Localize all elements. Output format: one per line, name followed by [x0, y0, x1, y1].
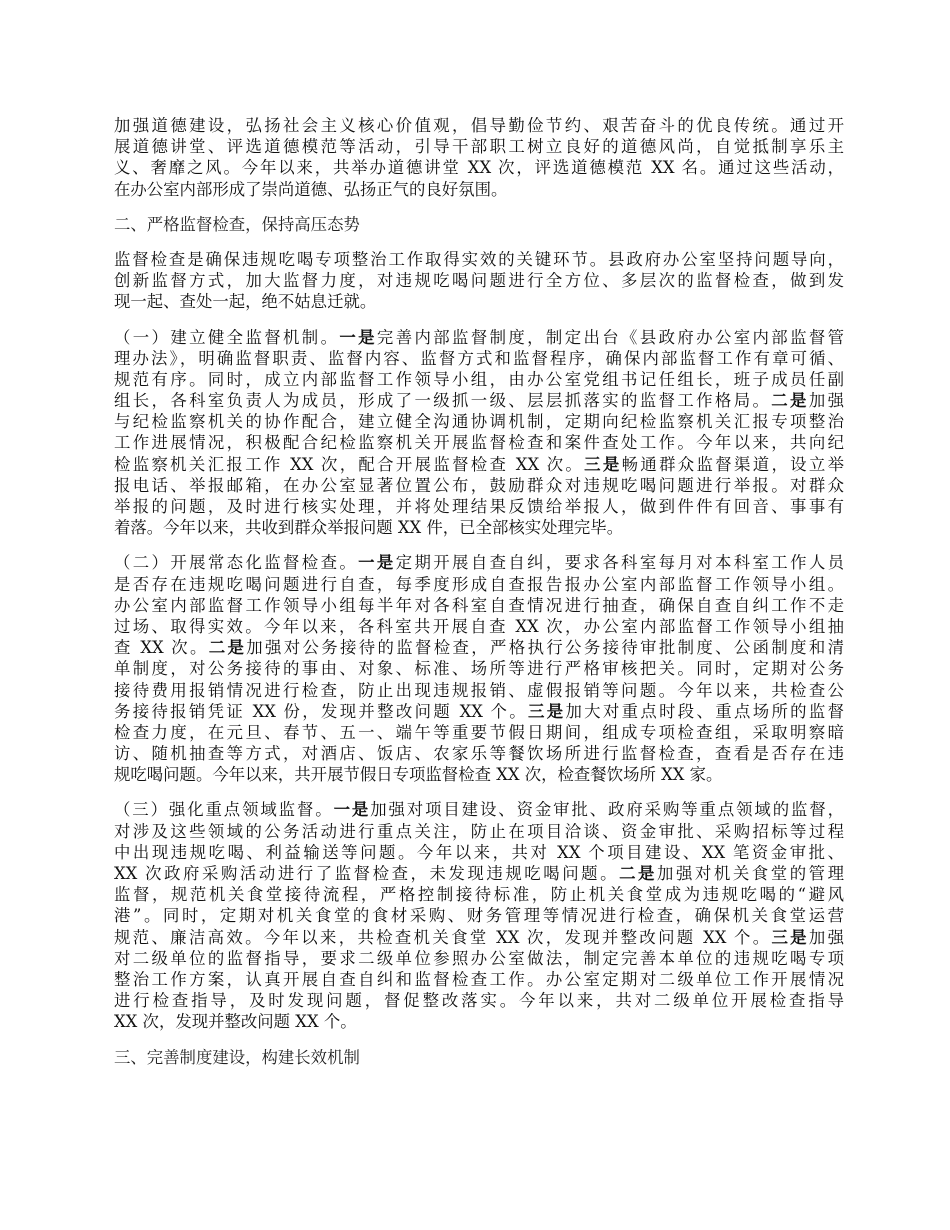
text-line: 规范有序。同时，成立内部监督工作领导小组，由办公室党组书记任组长，班子成员任副: [114, 369, 844, 390]
text-run: 三、完善制度建设，构建长效机制: [114, 1048, 360, 1067]
text-line: 对涉及这些领域的公务活动进行重点关注，防止在项目洽谈、资金审批、采购招标等过程: [114, 821, 844, 842]
body-paragraph: 监督检查是确保违规吃喝专项整治工作取得实效的关键环节。县政府办公室坚持问题导向，…: [114, 249, 844, 313]
text-run: （二）开展常态化监督检查。: [114, 553, 358, 572]
text-run: 现一起、查处一起，绝不姑息迁就。: [114, 292, 376, 311]
text-run: 组长，各科室负责人为成员，形成了一级抓一级、层层抓落实的监督工作格局。: [114, 391, 771, 410]
text-line: 着落。今年以来，共收到群众举报问题 XX 件，已全部核实处理完毕。: [114, 517, 844, 538]
text-run: 整治工作方案，认真开展自查自纠和监督检查工作。办公室定期对二级单位工作开展情况: [114, 970, 844, 989]
text-run: 规范有序。同时，成立内部监督工作领导小组，由办公室党组书记任组长，班子成员任副: [114, 370, 844, 389]
text-run: 加强: [809, 928, 844, 947]
body-paragraph: （一）建立健全监督机制。一是完善内部监督制度，制定出台《县政府办公室内部监督管理…: [114, 327, 844, 539]
text-run: 工作进展情况，积极配合纪检监察机关开展监督检查和案件查处工作。今年以来，共向纪: [114, 433, 844, 452]
text-run: 访、随机抽查等方式，对酒店、饭店、农家乐等餐饮场所进行监督检查，查看是否存在违: [114, 744, 844, 763]
text-run: 加大对重点时段、重点场所的监督: [565, 702, 844, 721]
document-page: 加强道德建设，弘扬社会主义核心价值观，倡导勤俭节约、艰苦奋斗的优良传统。通过开展…: [114, 115, 844, 1082]
text-line: 创新监督方式，加大监督力度，对违规吃喝问题进行全方位、多层次的监督检查，做到发: [114, 270, 844, 291]
text-line: 单制度，对公务接待的事由、对象、标准、场所等进行严格审核把关。同时，定期对公务: [114, 658, 844, 679]
text-line: （一）建立健全监督机制。一是完善内部监督制度，制定出台《县政府办公室内部监督管: [114, 327, 844, 348]
text-run: 与纪检监察机关的协作配合，建立健全沟通协调机制，定期向纪检监察机关汇报专项整治: [114, 412, 844, 431]
text-run: 创新监督方式，加大监督力度，对违规吃喝问题进行全方位、多层次的监督检查，做到发: [114, 271, 844, 290]
text-run: 办公室内部监督工作领导小组每半年对各科室自查情况进行抽查，确保自查自纠工作不走: [114, 596, 844, 615]
text-run: 着落。今年以来，共收到群众举报问题 XX 件，已全部核实处理完毕。: [114, 518, 623, 537]
text-line: 务接待报销凭证 XX 份，发现并整改问题 XX 个。三是加大对重点时段、重点场所…: [114, 701, 844, 722]
text-line: 在办公室内部形成了崇尚道德、弘扬正气的良好氛围。: [114, 179, 844, 200]
body-paragraph: （二）开展常态化监督检查。一是定期开展自查自纠，要求各科室每月对本科室工作人员是…: [114, 552, 844, 785]
text-run: 加强: [809, 391, 844, 410]
text-run: 查 XX 次。: [114, 638, 209, 657]
text-run: XX 次政府采购活动进行了监督检查，未发现违规吃喝问题。: [114, 864, 619, 883]
text-line: 进行检查指导，及时发现问题，督促整改落实。今年以来，共对二级单位开展检查指导: [114, 990, 844, 1011]
text-line: 报电话、举报邮箱，在办公室显著位置公布，鼓励群众对违规吃喝问题进行举报。对群众: [114, 475, 844, 496]
text-line: 港”。同时，定期对机关食堂的食材采购、财务管理等情况进行检查，确保机关食堂运营: [114, 905, 844, 926]
body-paragraph: 加强道德建设，弘扬社会主义核心价值观，倡导勤俭节约、艰苦奋斗的优良传统。通过开展…: [114, 115, 844, 200]
emphasis-marker: 一是: [339, 328, 377, 347]
text-line: 监督检查是确保违规吃喝专项整治工作取得实效的关键环节。县政府办公室坚持问题导向，: [114, 249, 844, 270]
text-run: 在办公室内部形成了崇尚道德、弘扬正气的良好氛围。: [114, 180, 507, 199]
text-line: 二、严格监督检查，保持高压态势: [114, 214, 844, 235]
text-line: 理办法》，明确监督职责、监督内容、监督方式和监督程序，确保内部监督工作有章可循、: [114, 348, 844, 369]
text-line: 检监察机关汇报工作 XX 次，配合开展监督检查 XX 次。三是畅通群众监督渠道，…: [114, 454, 844, 475]
text-line: 义、奢靡之风。今年以来，共举办道德讲堂 XX 次，评选道德模范 XX 名。通过这…: [114, 157, 844, 178]
text-line: 举报的问题，及时进行核实处理，并将处理结果反馈给举报人，做到件件有回音、事事有: [114, 496, 844, 517]
text-run: 加强对机关食堂的管理: [657, 864, 844, 883]
text-line: 监督，规范机关食堂接待流程，严格控制接待标准，防止机关食堂成为违规吃喝的“避风: [114, 884, 844, 905]
text-run: 加强对项目建设、资金审批、政府采购等重点领域的监督，: [370, 800, 844, 819]
text-line: 组长，各科室负责人为成员，形成了一级抓一级、层层抓落实的监督工作格局。二是加强: [114, 390, 844, 411]
text-line: XX 次政府采购活动进行了监督检查，未发现违规吃喝问题。二是加强对机关食堂的管理: [114, 863, 844, 884]
text-run: 规吃喝问题。今年以来，共开展节假日专项监督检查 XX 次，检查餐饮场所 XX 家…: [114, 765, 722, 784]
text-run: XX 次，发现并整改问题 XX 个。: [114, 1012, 357, 1031]
text-line: 三、完善制度建设，构建长效机制: [114, 1047, 844, 1068]
text-run: 展道德讲堂、评选道德模范等活动，引导干部职工树立良好的道德风尚，自觉抵制享乐主: [114, 137, 844, 156]
text-line: 中出现违规吃喝、利益输送等问题。今年以来，共对 XX 个项目建设、XX 笔资金审…: [114, 842, 844, 863]
text-line: 查 XX 次。二是加强对公务接待的监督检查，严格执行公务接待审批制度、公函制度和…: [114, 637, 844, 658]
body-paragraph: （三）强化重点领域监督。一是加强对项目建设、资金审批、政府采购等重点领域的监督，…: [114, 799, 844, 1032]
section-heading: 二、严格监督检查，保持高压态势: [114, 214, 844, 235]
text-run: 定期开展自查自纠，要求各科室每月对本科室工作人员: [396, 553, 844, 572]
text-run: 举报的问题，及时进行核实处理，并将处理结果反馈给举报人，做到件件有回音、事事有: [114, 497, 844, 516]
text-line: 与纪检监察机关的协作配合，建立健全沟通协调机制，定期向纪检监察机关汇报专项整治: [114, 411, 844, 432]
section-heading: 三、完善制度建设，构建长效机制: [114, 1047, 844, 1068]
text-line: 规范、廉洁高效。今年以来，共检查机关食堂 XX 次，发现并整改问题 XX 个。三…: [114, 927, 844, 948]
text-line: （三）强化重点领域监督。一是加强对项目建设、资金审批、政府采购等重点领域的监督，: [114, 799, 844, 820]
text-line: 加强道德建设，弘扬社会主义核心价值观，倡导勤俭节约、艰苦奋斗的优良传统。通过开: [114, 115, 844, 136]
text-run: 监督，规范机关食堂接待流程，严格控制接待标准，防止机关食堂成为违规吃喝的“避风: [114, 885, 844, 904]
emphasis-marker: 三是: [771, 928, 808, 947]
text-line: 接待费用报销情况进行检查，防止出现违规报销、虚假报销等问题。今年以来，共检查公: [114, 680, 844, 701]
emphasis-marker: 二是: [619, 864, 657, 883]
emphasis-marker: 三是: [528, 702, 565, 721]
text-run: 对涉及这些领域的公务活动进行重点关注，防止在项目洽谈、资金审批、采购招标等过程: [114, 822, 844, 841]
text-run: 完善内部监督制度，制定出台《县政府办公室内部监督管: [377, 328, 844, 347]
text-run: 加强对公务接待的监督检查，严格执行公务接待审批制度、公函制度和清: [246, 638, 844, 657]
text-run: （三）强化重点领域监督。: [114, 800, 334, 819]
text-run: 中出现违规吃喝、利益输送等问题。今年以来，共对 XX 个项目建设、XX 笔资金审…: [114, 843, 844, 862]
text-run: 务接待报销凭证 XX 份，发现并整改问题 XX 个。: [114, 702, 528, 721]
text-run: 是否存在违规吃喝问题进行自查，每季度形成自查报告报办公室内部监督工作领导小组。: [114, 575, 844, 594]
text-run: 理办法》，明确监督职责、监督内容、监督方式和监督程序，确保内部监督工作有章可循、: [114, 349, 844, 368]
text-line: XX 次，发现并整改问题 XX 个。: [114, 1011, 844, 1032]
emphasis-marker: 二是: [771, 391, 809, 410]
text-run: 检查力度，在元旦、春节、五一、端午等重要节假日期间，组成专项检查组，采取明察暗: [114, 723, 844, 742]
text-run: 加强道德建设，弘扬社会主义核心价值观，倡导勤俭节约、艰苦奋斗的优良传统。通过开: [114, 116, 844, 135]
text-run: 过场、取得实效。今年以来，各科室共开展自查 XX 次，办公室内部监督工作领导小组…: [114, 617, 844, 636]
text-run: 报电话、举报邮箱，在办公室显著位置公布，鼓励群众对违规吃喝问题进行举报。对群众: [114, 476, 844, 495]
text-run: 监督检查是确保违规吃喝专项整治工作取得实效的关键环节。县政府办公室坚持问题导向，: [114, 250, 844, 269]
text-line: 工作进展情况，积极配合纪检监察机关开展监督检查和案件查处工作。今年以来，共向纪: [114, 432, 844, 453]
text-line: （二）开展常态化监督检查。一是定期开展自查自纠，要求各科室每月对本科室工作人员: [114, 552, 844, 573]
text-line: 整治工作方案，认真开展自查自纠和监督检查工作。办公室定期对二级单位工作开展情况: [114, 969, 844, 990]
text-line: 是否存在违规吃喝问题进行自查，每季度形成自查报告报办公室内部监督工作领导小组。: [114, 574, 844, 595]
text-run: 港”。同时，定期对机关食堂的食材采购、财务管理等情况进行检查，确保机关食堂运营: [114, 906, 844, 925]
text-line: 办公室内部监督工作领导小组每半年对各科室自查情况进行抽查，确保自查自纠工作不走: [114, 595, 844, 616]
text-run: 单制度，对公务接待的事由、对象、标准、场所等进行严格审核把关。同时，定期对公务: [114, 659, 844, 678]
emphasis-marker: 一是: [334, 800, 371, 819]
text-run: 规范、廉洁高效。今年以来，共检查机关食堂 XX 次，发现并整改问题 XX 个。: [114, 928, 771, 947]
text-line: 现一起、查处一起，绝不姑息迁就。: [114, 291, 844, 312]
emphasis-marker: 三是: [584, 455, 621, 474]
text-line: 过场、取得实效。今年以来，各科室共开展自查 XX 次，办公室内部监督工作领导小组…: [114, 616, 844, 637]
text-line: 检查力度，在元旦、春节、五一、端午等重要节假日期间，组成专项检查组，采取明察暗: [114, 722, 844, 743]
text-run: 对二级单位的监督指导，要求二级单位参照办公室做法，制定完善本单位的违规吃喝专项: [114, 949, 844, 968]
text-run: 二、严格监督检查，保持高压态势: [114, 215, 360, 234]
text-run: 接待费用报销情况进行检查，防止出现违规报销、虚假报销等问题。今年以来，共检查公: [114, 681, 844, 700]
text-run: 义、奢靡之风。今年以来，共举办道德讲堂 XX 次，评选道德模范 XX 名。通过这…: [114, 158, 844, 177]
text-line: 展道德讲堂、评选道德模范等活动，引导干部职工树立良好的道德风尚，自觉抵制享乐主: [114, 136, 844, 157]
text-line: 对二级单位的监督指导，要求二级单位参照办公室做法，制定完善本单位的违规吃喝专项: [114, 948, 844, 969]
text-line: 规吃喝问题。今年以来，共开展节假日专项监督检查 XX 次，检查餐饮场所 XX 家…: [114, 764, 844, 785]
text-line: 访、随机抽查等方式，对酒店、饭店、农家乐等餐饮场所进行监督检查，查看是否存在违: [114, 743, 844, 764]
text-run: 检监察机关汇报工作 XX 次，配合开展监督检查 XX 次。: [114, 455, 584, 474]
emphasis-marker: 一是: [358, 553, 396, 572]
text-run: 畅通群众监督渠道，设立举: [622, 455, 844, 474]
text-run: 进行检查指导，及时发现问题，督促整改落实。今年以来，共对二级单位开展检查指导: [114, 991, 844, 1010]
text-run: （一）建立健全监督机制。: [114, 328, 339, 347]
emphasis-marker: 二是: [209, 638, 247, 657]
